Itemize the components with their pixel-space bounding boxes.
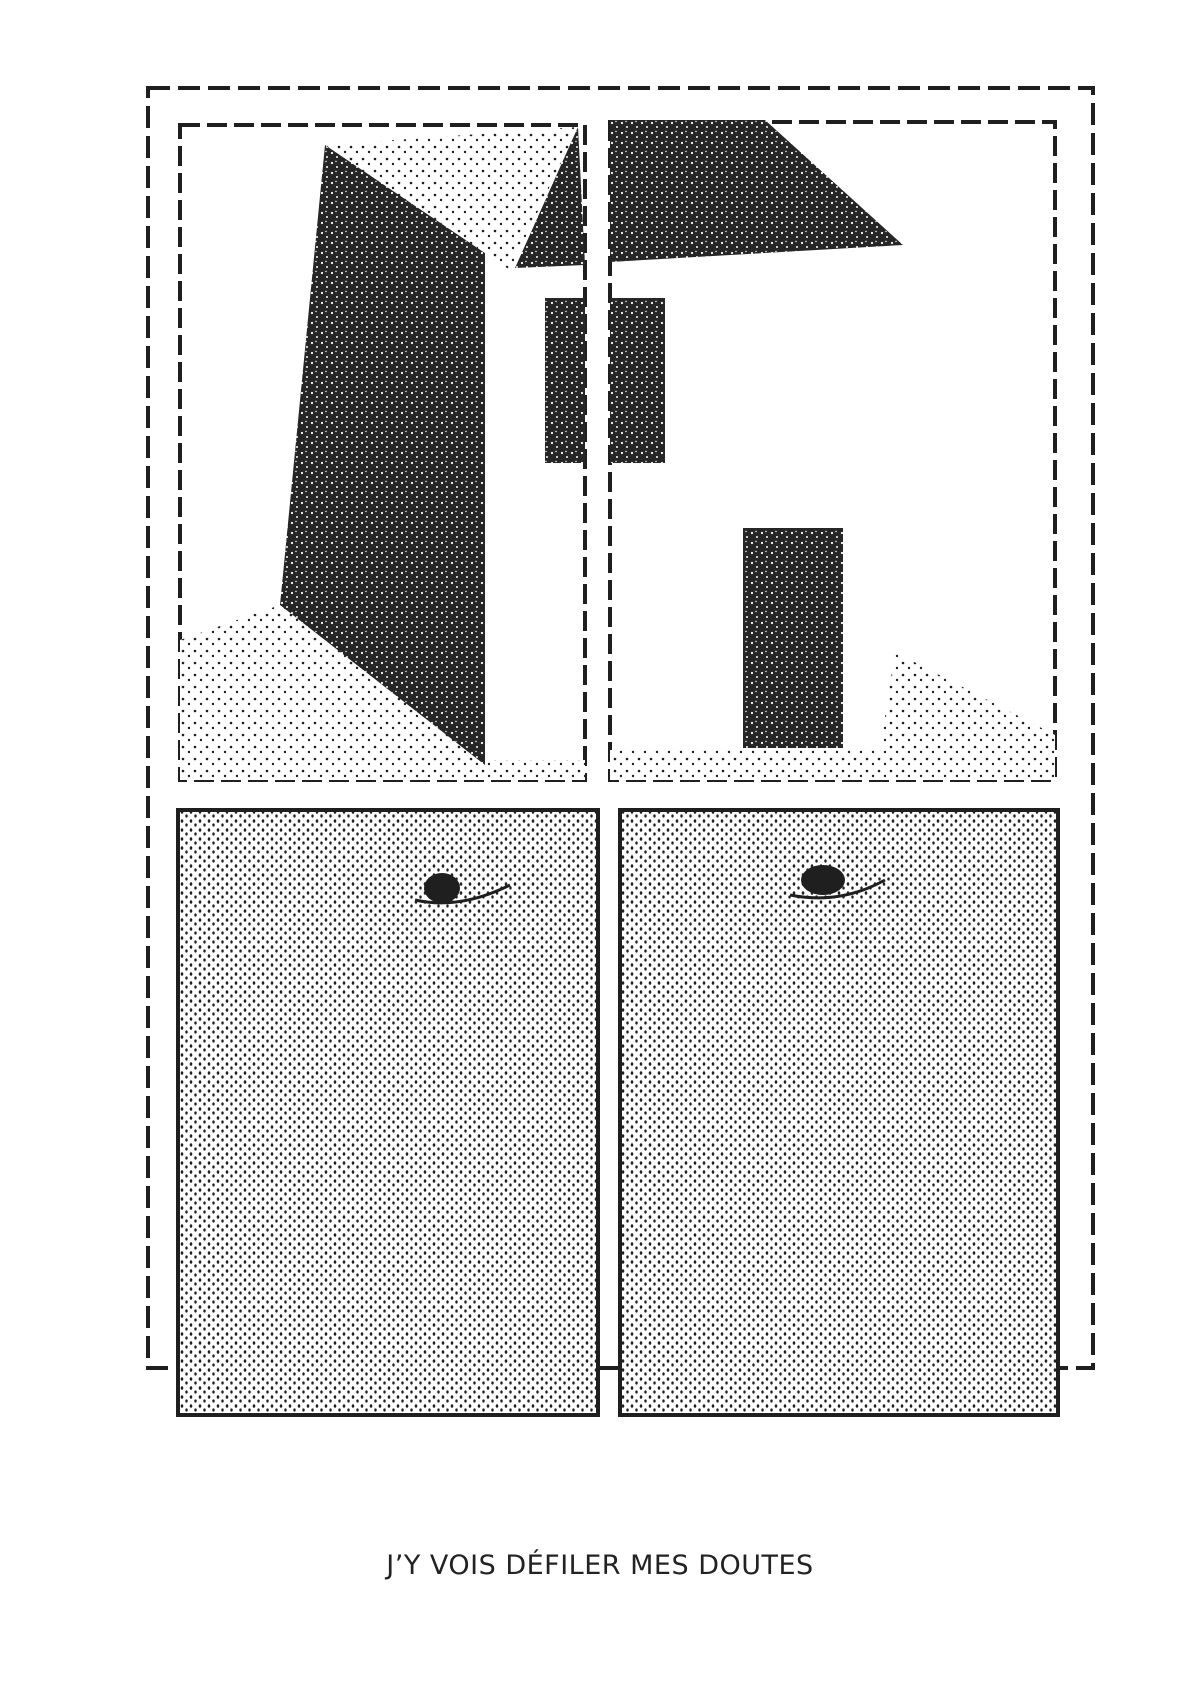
roof-right-dark (610, 120, 903, 262)
window-illustration (0, 0, 1200, 1703)
window-right-half (610, 298, 665, 463)
pane-lower-left (178, 810, 598, 1415)
pane-upper-left (180, 125, 585, 780)
window-left-half (545, 298, 585, 463)
door (743, 528, 843, 748)
pane-lower-right (620, 810, 1058, 1415)
pane-upper-right (610, 120, 1055, 780)
caption: J’Y VOIS DÉFILER MES DOUTES (0, 1550, 1200, 1581)
